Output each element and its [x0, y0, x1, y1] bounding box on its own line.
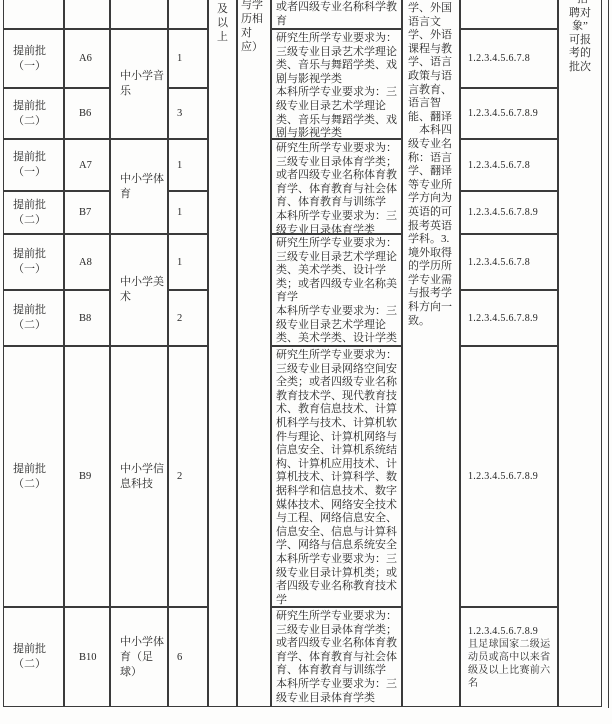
batch-label: 提前批 （二）	[4, 198, 46, 228]
code-label: B6	[65, 108, 91, 119]
cell-count-b7: 1	[168, 191, 208, 234]
batches-value: 1.2.3.4.5.6.7.8.9 且足球国家二级运动员或高中以来省级及以上比赛…	[468, 625, 553, 690]
count-value: 1	[169, 257, 182, 268]
cell-subject-infotech: 中小学信 息科技	[110, 346, 168, 607]
cell-subject-football: 中小学体 育（足 球）	[110, 607, 168, 707]
count-value: 1	[169, 160, 182, 171]
cell-blank-code-partial	[64, 0, 110, 29]
count-value: 3	[169, 108, 182, 119]
batches-value: 1.2.3.4.5.6.7.8.9	[468, 312, 538, 325]
batch-label: 提前批 （二）	[4, 303, 46, 333]
batch-label: 提前批 （二）	[4, 462, 46, 492]
cell-batch-a6: 提前批 （一）	[3, 29, 64, 88]
subject-label: 中小学体 育	[111, 172, 164, 202]
cell-count-b9: 2	[168, 346, 208, 607]
code-label: B9	[65, 471, 91, 482]
requirement-text: 研究生所学专业要求为：三级专业目录体育学类；或者四级专业名称体育教育学、体育教育…	[276, 610, 397, 705]
cell-blank-subject-partial	[110, 0, 168, 29]
cell-requirement-partial: 或者四级专业名称科学教育	[271, 0, 402, 29]
remarks-text: 学、外国 语言文 学、外语 课程与教 学、语言 政策与语 言教育、 语言智 能、…	[408, 2, 457, 328]
cell-code-b6: B6	[64, 88, 110, 139]
cell-batches-a7: 1.2.3.4.5.6.7.8	[460, 139, 558, 191]
count-value: 2	[169, 471, 182, 482]
cell-batch-b7: 提前批 （二）	[3, 191, 64, 234]
count-value: 1	[169, 207, 182, 218]
col-apply-batches-header: “招 聘对 象” 可报 考的 批次	[558, 0, 602, 707]
batches-value: 1.2.3.4.5.6.7.8	[468, 256, 530, 269]
batches-value: 1.2.3.4.5.6.7.8.9	[468, 206, 538, 219]
batch-label: 提前批 （二）	[4, 99, 46, 129]
cell-count-a8: 1	[168, 234, 208, 290]
batch-label: 提前批 （一）	[4, 247, 46, 277]
cell-code-a8: A8	[64, 234, 110, 290]
cell-count-b8: 2	[168, 290, 208, 346]
cell-code-b7: B7	[64, 191, 110, 234]
subject-label: 中小学信 息科技	[111, 462, 164, 492]
cell-batches-b6: 1.2.3.4.5.6.7.8.9	[460, 88, 558, 139]
subject-label: 中小学体 育（足 球）	[111, 635, 164, 680]
cell-batches-b8: 1.2.3.4.5.6.7.8.9	[460, 290, 558, 346]
cell-requirement-football: 研究生所学专业要求为：三级专业目录体育学类；或者四级专业名称体育教育学、体育教育…	[271, 607, 402, 707]
col-remarks: 学、外国 语言文 学、外语 课程与教 学、语言 政策与语 言教育、 语言智 能、…	[402, 0, 460, 707]
cell-batch-b10: 提前批 （二）	[3, 607, 64, 707]
cell-count-a6: 1	[168, 29, 208, 88]
cell-batch-a7: 提前批 （一）	[3, 139, 64, 191]
code-label: A8	[65, 257, 92, 268]
code-label: A7	[65, 160, 92, 171]
cell-subject-art: 中小学美 术	[110, 234, 168, 346]
subject-label: 中小学美 术	[111, 275, 164, 305]
requirement-text: 研究生所学专业要求为：三级专业目录艺术学理论类、音乐与舞蹈学类、戏剧与影视学类 …	[276, 32, 397, 139]
batches-value: 1.2.3.4.5.6.7.8	[468, 159, 530, 172]
cell-requirement-infotech: 研究生所学专业要求为：三级专业目录网络空间安全类；或者四级专业名称教育技术学、现…	[271, 346, 402, 607]
education-level-text: 及 以 上	[209, 2, 236, 44]
cell-batches-b9: 1.2.3.4.5.6.7.8.9	[460, 346, 558, 607]
scanned-recruitment-table-page: 或者四级专业名称科学教育 及 以 上 与学 历相 对 应） 学、外国 语言文 学…	[0, 0, 612, 724]
requirement-partial-text: 或者四级专业名称科学教育	[276, 1, 397, 28]
cell-count-b6: 3	[168, 88, 208, 139]
batches-value: 1.2.3.4.5.6.7.8.9	[468, 470, 538, 483]
correspondence-text: 与学 历相 对 应）	[241, 0, 268, 54]
code-label: A6	[65, 53, 92, 64]
cell-batch-a8: 提前批 （一）	[3, 234, 64, 290]
cell-batches-b7: 1.2.3.4.5.6.7.8.9	[460, 191, 558, 234]
cell-count-a7: 1	[168, 139, 208, 191]
cell-batches-a6: 1.2.3.4.5.6.7.8	[460, 29, 558, 88]
apply-batches-header-text: “招 聘对 象” 可报 考的 批次	[559, 0, 601, 75]
cell-requirement-sports: 研究生所学专业要求为：三级专业目录体育学类；或者四级专业名称体育教育学、体育教育…	[271, 139, 402, 234]
batches-value: 1.2.3.4.5.6.7.8	[468, 52, 530, 65]
batch-label: 提前批 （一）	[4, 44, 46, 74]
cell-blank-batches-partial	[460, 0, 558, 29]
count-value: 6	[169, 652, 182, 663]
cell-subject-music: 中小学音 乐	[110, 29, 168, 139]
code-label: B8	[65, 313, 91, 324]
count-value: 2	[169, 313, 182, 324]
cell-batches-b10: 1.2.3.4.5.6.7.8.9 且足球国家二级运动员或高中以来省级及以上比赛…	[460, 607, 558, 707]
cell-requirement-art: 研究生所学专业要求为：三级专业目录艺术学理论类、美术学类、设计学类；或者四级专业…	[271, 234, 402, 346]
cell-blank-batch-partial	[3, 0, 64, 29]
subject-label: 中小学音 乐	[111, 69, 164, 99]
requirement-text: 研究生所学专业要求为：三级专业目录艺术学理论类、美术学类、设计学类；或者四级专业…	[276, 237, 397, 346]
cell-subject-sports: 中小学体 育	[110, 139, 168, 234]
code-label: B7	[65, 207, 91, 218]
code-label: B10	[65, 652, 97, 663]
cell-code-a6: A6	[64, 29, 110, 88]
page-edge-line	[608, 0, 609, 708]
batch-label: 提前批 （二）	[4, 642, 46, 672]
cell-code-a7: A7	[64, 139, 110, 191]
cell-batch-b8: 提前批 （二）	[3, 290, 64, 346]
col-education-level: 及 以 上	[208, 0, 237, 707]
batches-value: 1.2.3.4.5.6.7.8.9	[468, 107, 538, 120]
cell-batch-b9: 提前批 （二）	[3, 346, 64, 607]
batch-label: 提前批 （一）	[4, 150, 46, 180]
cell-code-b10: B10	[64, 607, 110, 707]
cell-count-b10: 6	[168, 607, 208, 707]
cell-batches-a8: 1.2.3.4.5.6.7.8	[460, 234, 558, 290]
requirement-text: 研究生所学专业要求为：三级专业目录体育学类；或者四级专业名称体育教育学、体育教育…	[276, 142, 397, 234]
cell-code-b9: B9	[64, 346, 110, 607]
cell-blank-count-partial	[168, 0, 208, 29]
requirement-text: 研究生所学专业要求为：三级专业目录网络空间安全类；或者四级专业名称教育技术学、现…	[276, 349, 397, 607]
cell-requirement-music: 研究生所学专业要求为：三级专业目录艺术学理论类、音乐与舞蹈学类、戏剧与影视学类 …	[271, 29, 402, 139]
col-correspondence: 与学 历相 对 应）	[237, 0, 271, 707]
count-value: 1	[169, 53, 182, 64]
cell-code-b8: B8	[64, 290, 110, 346]
cell-batch-b6: 提前批 （二）	[3, 88, 64, 139]
